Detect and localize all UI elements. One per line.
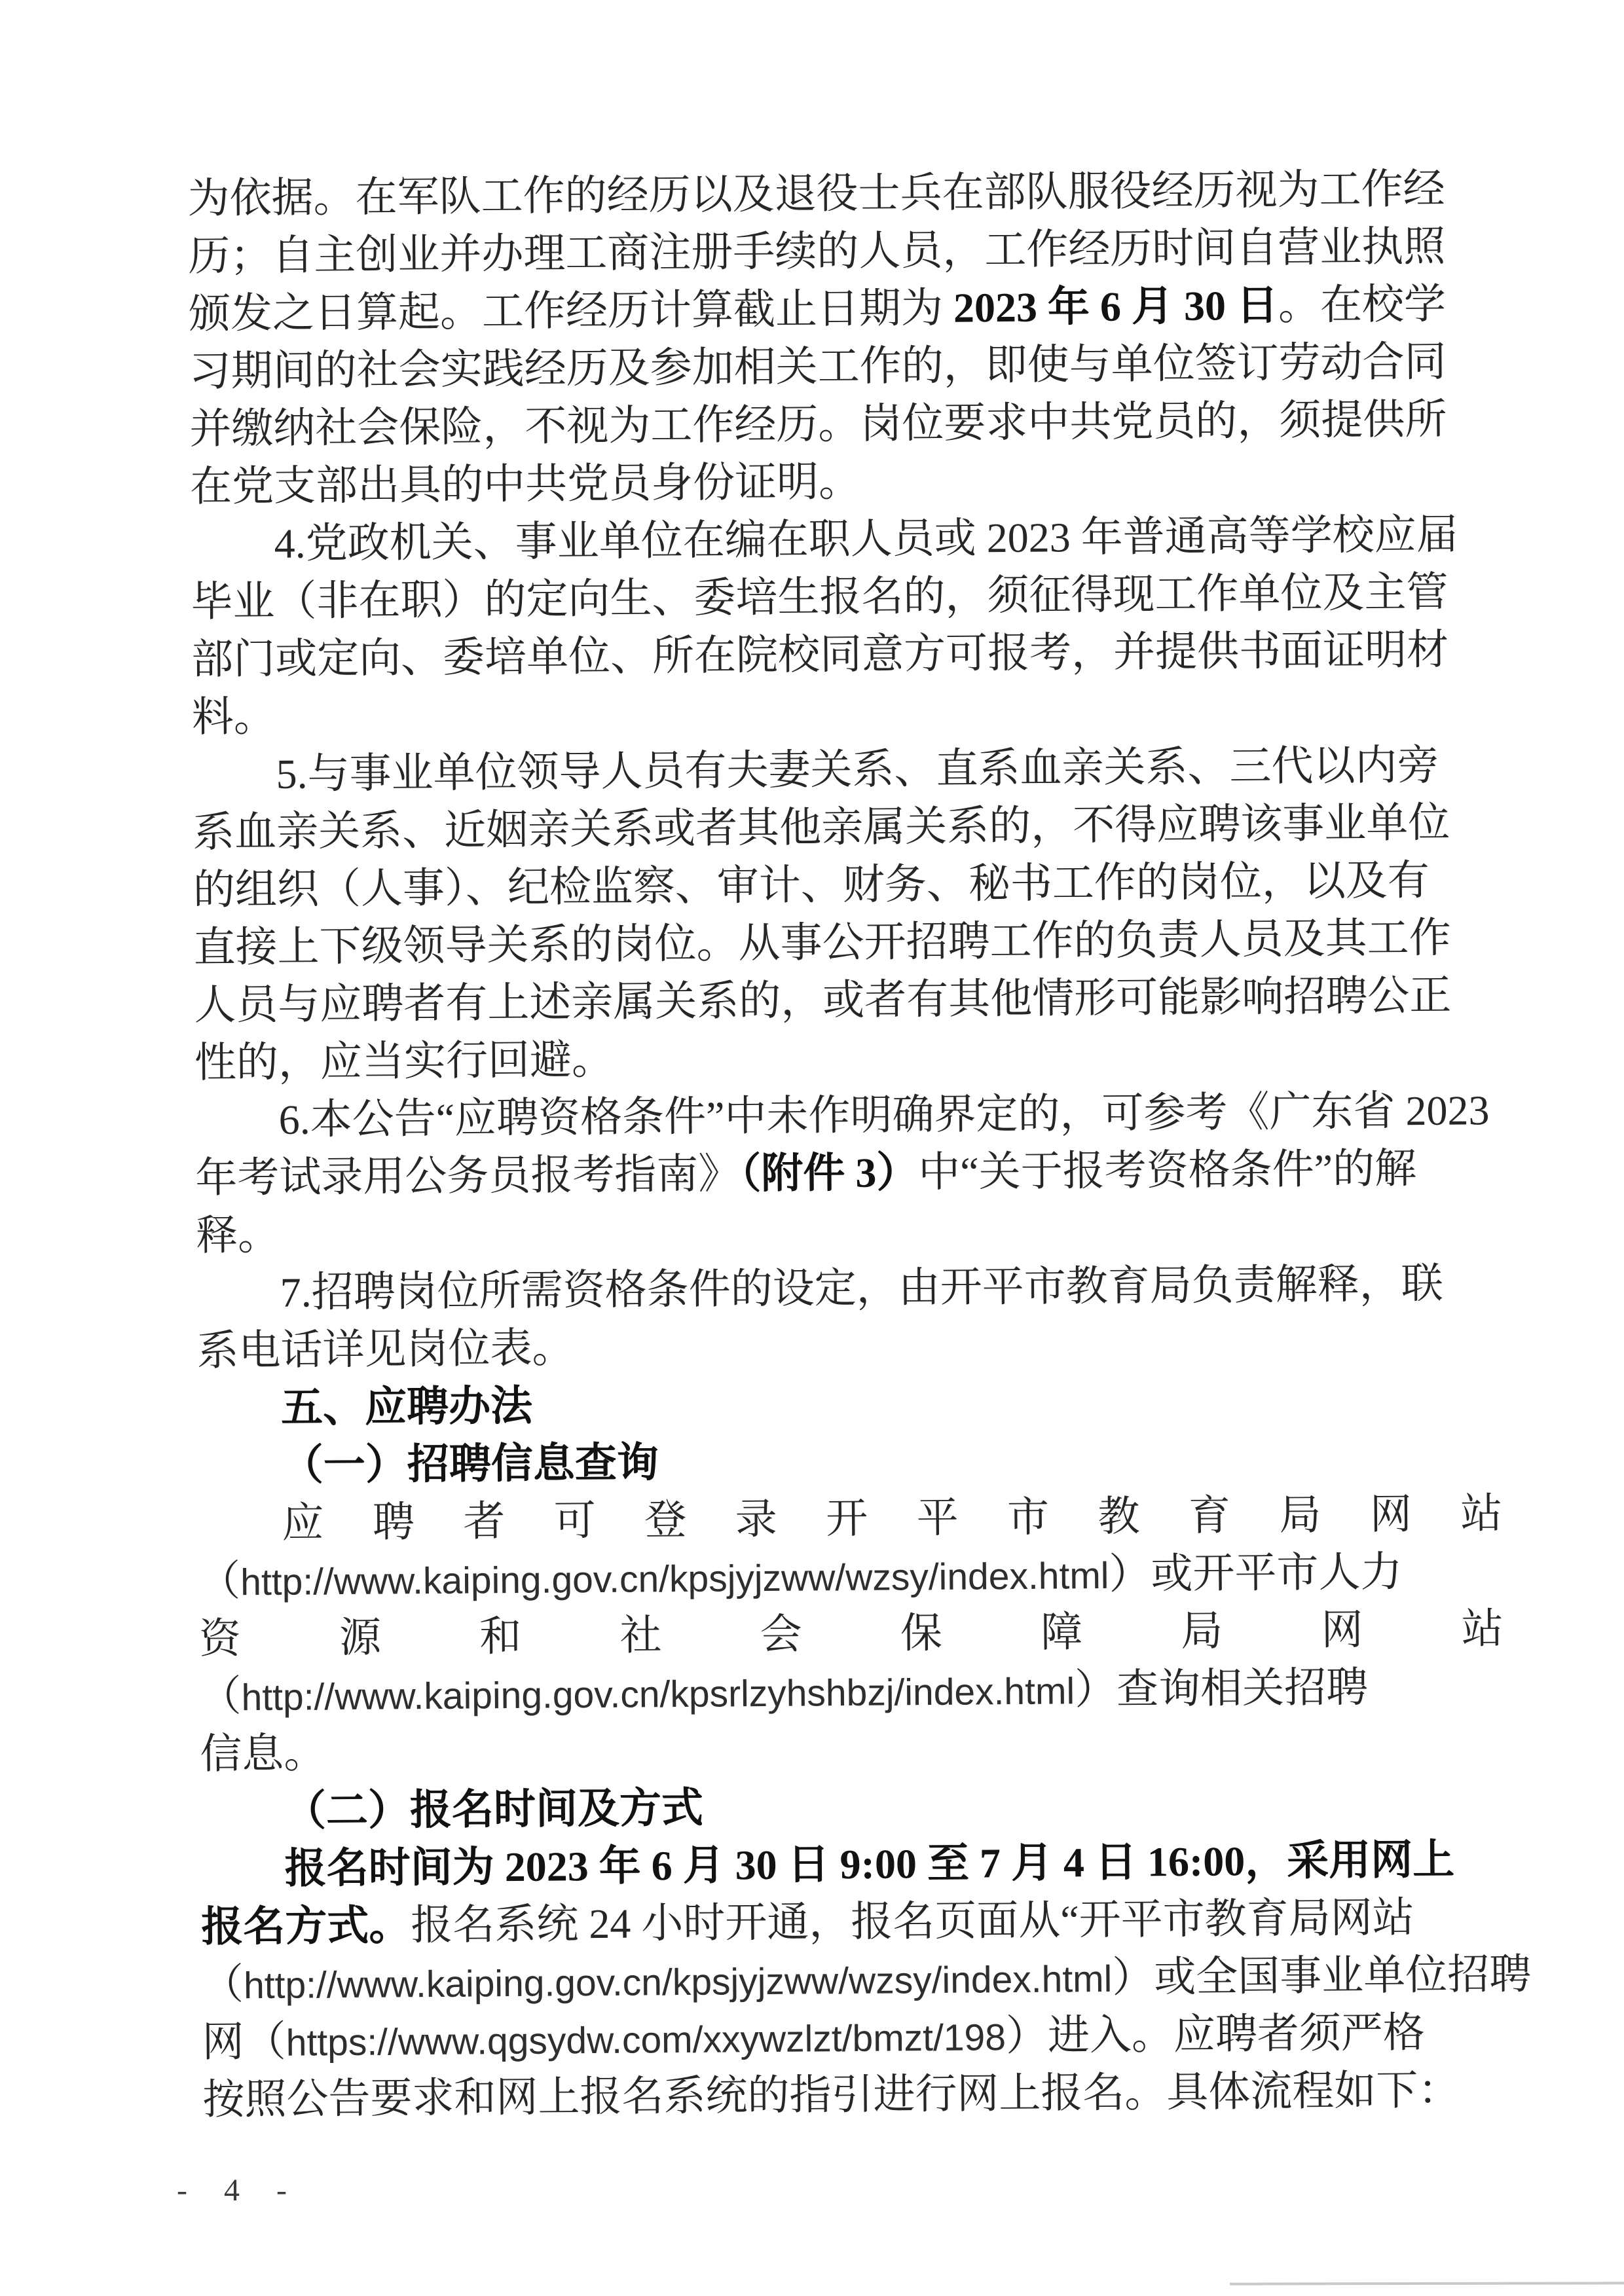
text-segment: 网（ bbox=[202, 2018, 286, 2066]
scan-edge-artifact bbox=[1230, 2282, 1624, 2285]
url-text: http://www.kaiping.gov.cn/kpsrlzyhshbzj/… bbox=[241, 1670, 1075, 1719]
text-line: 4.党政机关、事业单位在编在职人员或 2023 年普通高等学校应届 bbox=[190, 505, 1495, 574]
text-char: 者 bbox=[463, 1493, 506, 1550]
text-char: 平 bbox=[916, 1489, 959, 1548]
text-segment: 料。 bbox=[192, 693, 276, 740]
text-segment: 并缴纳社会保险，不视为工作经历。岗位要求中共党员的，须提供所 bbox=[189, 396, 1447, 452]
text-segment: 年考试录用公务员报考指南》 bbox=[195, 1150, 741, 1201]
text-segment: 系血亲关系、近姻亲关系或者其他亲属关系的，不得应聘该事业单位 bbox=[193, 799, 1450, 856]
text-segment: 习期间的社会实践经历及参加相关工作的，即使与单位签订劳动合同 bbox=[189, 338, 1446, 395]
text-char: 教 bbox=[1098, 1488, 1140, 1546]
text-segment: （ bbox=[202, 1961, 244, 2008]
text-line: 6.本公告“应聘资格条件”中未作明确界定的，可参考《广东省 2023 bbox=[194, 1082, 1500, 1150]
text-segment: 7.招聘岗位所需资格条件的设定，由开平市教育局负责解释，联 bbox=[280, 1260, 1443, 1316]
text-segment: 性的，应当实行回避。 bbox=[194, 1036, 614, 1086]
text-char: 应 bbox=[282, 1494, 324, 1552]
text-char: 社 bbox=[619, 1607, 662, 1665]
text-line: （二）报名时间及方式 bbox=[200, 1773, 1505, 1841]
text-char: 录 bbox=[735, 1491, 777, 1548]
text-segment: （ bbox=[199, 1673, 242, 1720]
text-line: 毕业（非在职）的定向生、委培生报名的，须征得现工作单位及主管 bbox=[191, 563, 1496, 631]
text-segment: ）进入。应聘者须严格 bbox=[1006, 2009, 1426, 2059]
text-segment: 报名方式。 bbox=[201, 1902, 411, 1950]
text-char: 局 bbox=[1181, 1603, 1223, 1661]
text-line: 年考试录用公务员报考指南》（附件 3）中“关于报考资格条件”的解 bbox=[195, 1139, 1500, 1207]
text-segment: （ bbox=[198, 1558, 241, 1605]
text-line: 性的，应当实行回避。 bbox=[194, 1024, 1500, 1092]
text-line: 系电话详见岗位表。 bbox=[196, 1312, 1502, 1380]
text-segment: 系电话详见岗位表。 bbox=[196, 1324, 574, 1374]
text-segment: 人员与应聘者有上述亲属关系的，或者有其他情形可能影响招聘公正 bbox=[194, 972, 1451, 1029]
text-line: 历；自主创业并办理工商注册手续的人员，工作经历时间自营业执照 bbox=[188, 217, 1493, 285]
text-line: 直接上下级领导关系的岗位。从事公开招聘工作的负责人员及其工作 bbox=[193, 909, 1498, 977]
text-segment: 5.与事业单位领导人员有夫妻关系、直系血亲关系、三代以内旁 bbox=[276, 742, 1439, 797]
text-segment: 释。 bbox=[196, 1212, 280, 1259]
text-segment: ）或全国事业单位招聘 bbox=[1112, 1951, 1532, 2001]
text-line: 的组织（人事）、纪检监察、审计、财务、秘书工作的岗位，以及有 bbox=[193, 851, 1498, 919]
document-body: 为依据。在军队工作的经历以及退役士兵在部队服役经历视为工作经历；自主创业并办理工… bbox=[187, 160, 1507, 2129]
text-segment: ）或开平市人力 bbox=[1109, 1548, 1403, 1597]
text-line: 人员与应聘者有上述亲属关系的，或者有其他情形可能影响招聘公正 bbox=[194, 966, 1499, 1034]
text-line: （http://www.kaiping.gov.cn/kpsrlzyhshbzj… bbox=[199, 1658, 1504, 1726]
text-segment: 2023 年 6 月 30 日 bbox=[953, 282, 1279, 331]
text-line: 网（https://www.qgsydw.com/xxywzlzt/bmzt/1… bbox=[202, 2003, 1507, 2071]
text-segment: 报名系统 24 小时开通，报名页面从“开平市教育局网站 bbox=[411, 1894, 1414, 1948]
text-line: 资源和社会保障局网站 bbox=[199, 1600, 1504, 1668]
text-char: 障 bbox=[1041, 1603, 1083, 1662]
text-line: 应聘者可登录开平市教育局网站 bbox=[198, 1485, 1503, 1553]
url-text: https://www.qgsydw.com/xxywzlzt/bmzt/198 bbox=[286, 2016, 1006, 2064]
text-segment: 历；自主创业并办理工商注册手续的人员，工作经历时间自营业执照 bbox=[188, 223, 1445, 280]
text-char: 站 bbox=[1460, 1485, 1503, 1543]
text-segment: （一）招聘信息查询 bbox=[282, 1439, 659, 1489]
text-line: 5.与事业单位领导人员有夫妻关系、直系血亲关系、三代以内旁 bbox=[192, 736, 1497, 804]
text-char: 开 bbox=[826, 1490, 868, 1548]
text-segment: （附件 3） bbox=[740, 1149, 919, 1197]
text-line: 习期间的社会实践经历及参加相关工作的，即使与单位签订劳动合同 bbox=[189, 333, 1494, 401]
text-char: 资 bbox=[199, 1610, 242, 1668]
text-char: 站 bbox=[1461, 1600, 1504, 1658]
text-segment: 报名时间为 2023 年 6 月 30 日 9:00 至 7 月 4 日 16:… bbox=[284, 1836, 1454, 1892]
text-char: 保 bbox=[900, 1605, 943, 1663]
text-segment: 为依据。在军队工作的经历以及退役士兵在部队服役经历视为工作经 bbox=[187, 166, 1445, 222]
text-line: （http://www.kaiping.gov.cn/kpsjyjzww/wzs… bbox=[198, 1542, 1504, 1611]
text-line: 部门或定向、委培单位、所在院校同意方可报考，并提供书面证明材 bbox=[191, 621, 1496, 689]
text-char: 网 bbox=[1370, 1485, 1412, 1544]
text-char: 聘 bbox=[373, 1493, 415, 1551]
text-line: 报名时间为 2023 年 6 月 30 日 9:00 至 7 月 4 日 16:… bbox=[200, 1831, 1505, 1899]
text-char: 育 bbox=[1189, 1487, 1231, 1545]
text-segment: 。在校学 bbox=[1278, 281, 1447, 329]
text-line: 并缴纳社会保险，不视为工作经历。岗位要求中共党员的，须提供所 bbox=[189, 390, 1494, 458]
text-line: 7.招聘岗位所需资格条件的设定，由开平市教育局负责解释，联 bbox=[196, 1254, 1501, 1322]
text-char: 局 bbox=[1279, 1486, 1321, 1544]
text-segment: 直接上下级领导关系的岗位。从事公开招聘工作的负责人员及其工作 bbox=[193, 915, 1450, 971]
text-segment: 部门或定向、委培单位、所在院校同意方可报考，并提供书面证明材 bbox=[191, 627, 1449, 683]
text-segment: （二）报名时间及方式 bbox=[284, 1785, 704, 1834]
text-line: 颁发之日算起。工作经历计算截止日期为 2023 年 6 月 30 日。在校学 bbox=[189, 275, 1494, 343]
text-line: （一）招聘信息查询 bbox=[197, 1427, 1502, 1495]
text-char: 登 bbox=[644, 1491, 687, 1549]
text-line: 为依据。在军队工作的经历以及退役士兵在部队服役经历视为工作经 bbox=[187, 160, 1492, 228]
text-segment: 的组织（人事）、纪检监察、审计、财务、秘书工作的岗位，以及有 bbox=[193, 857, 1430, 913]
text-segment: 中“关于报考资格条件”的解 bbox=[918, 1145, 1416, 1195]
url-text: http://www.kaiping.gov.cn/kpsjyjzww/wzsy… bbox=[240, 1555, 1109, 1603]
text-segment: 颁发之日算起。工作经历计算截止日期为 bbox=[189, 285, 954, 337]
text-line: 五、应聘办法 bbox=[197, 1370, 1502, 1438]
text-char: 源 bbox=[339, 1609, 382, 1667]
text-segment: 五、应聘办法 bbox=[281, 1383, 533, 1431]
text-line: 系血亲关系、近姻亲关系或者其他亲属关系的，不得应聘该事业单位 bbox=[193, 793, 1498, 862]
text-segment: 按照公告要求和网上报名系统的指引进行网上报名。具体流程如下： bbox=[202, 2067, 1460, 2123]
text-segment: 4.党政机关、事业单位在编在职人员或 2023 年普通高等学校应届 bbox=[274, 511, 1458, 567]
text-segment: 信息。 bbox=[200, 1730, 326, 1777]
url-text: http://www.kaiping.gov.cn/kpsjyjzww/wzsy… bbox=[244, 1958, 1113, 2007]
text-char: 市 bbox=[1007, 1489, 1050, 1547]
text-segment: 6.本公告“应聘资格条件”中未作明确界定的，可参考《广东省 2023 bbox=[278, 1087, 1489, 1143]
text-char: 会 bbox=[760, 1606, 802, 1664]
text-line: 在党支部出具的中共党员身份证明。 bbox=[190, 448, 1495, 516]
text-line: 报名方式。报名系统 24 小时开通，报名页面从“开平市教育局网站 bbox=[201, 1888, 1506, 1956]
document-page: 为依据。在军队工作的经历以及退役士兵在部队服役经历视为工作经历；自主创业并办理工… bbox=[0, 0, 1624, 2296]
text-line: 按照公告要求和网上报名系统的指引进行网上报名。具体流程如下： bbox=[202, 2061, 1507, 2129]
text-segment: ）查询相关招聘 bbox=[1075, 1664, 1369, 1713]
text-line: 信息。 bbox=[200, 1715, 1505, 1783]
text-char: 和 bbox=[479, 1608, 522, 1666]
text-line: （http://www.kaiping.gov.cn/kpsjyjzww/wzs… bbox=[202, 1946, 1507, 2014]
text-segment: 在党支部出具的中共党员身份证明。 bbox=[190, 458, 861, 510]
text-line: 料。 bbox=[192, 678, 1497, 746]
text-char: 可 bbox=[554, 1492, 597, 1550]
text-char: 网 bbox=[1321, 1601, 1363, 1660]
text-line: 释。 bbox=[196, 1197, 1501, 1265]
text-segment: 毕业（非在职）的定向生、委培生报名的，须征得现工作单位及主管 bbox=[191, 569, 1448, 625]
page-number: - 4 - bbox=[177, 2172, 295, 2208]
